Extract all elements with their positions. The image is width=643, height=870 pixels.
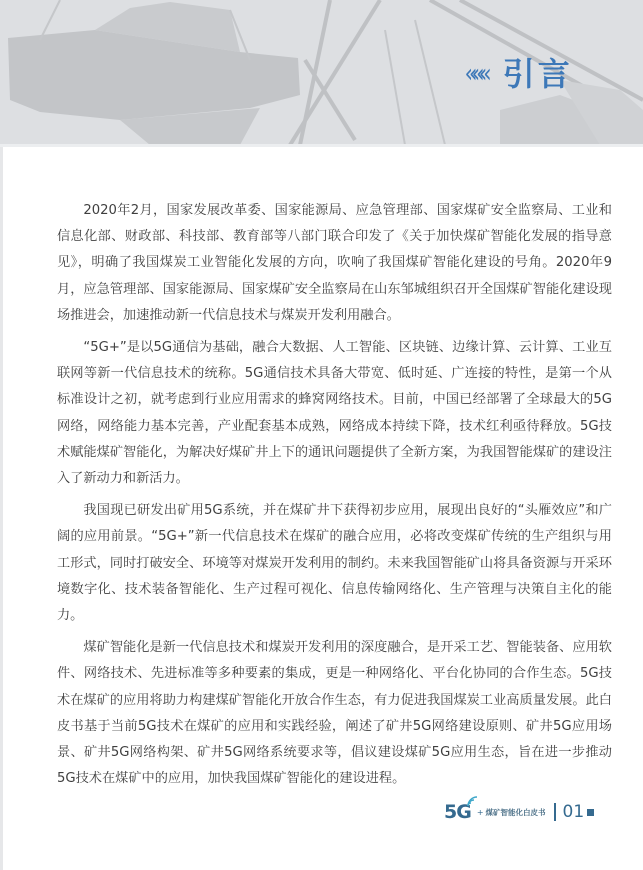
page-number: 01 [563, 804, 585, 821]
paragraph-mining-5g-system: 我国现已研发出矿用5G系统，并在煤矿井下获得初步应用，展现出良好的“头雁效应”和… [57, 498, 612, 629]
footer-divider [554, 803, 556, 821]
brand-5g-logo: 5G [444, 803, 471, 822]
brand-plus: + [477, 808, 484, 817]
section-title-text: 引言 [503, 58, 573, 90]
wifi-signal-icon [466, 794, 480, 808]
paragraph-5g-plus-definition: “5G+”是以5G通信为基础，融合大数据、人工智能、区块链、边缘计算、云计算、工… [57, 335, 612, 492]
paragraph-policy-background: 2020年2月，国家发展改革委、国家能源局、应急管理部、国家煤矿安全监察局、工业… [57, 198, 612, 329]
square-marker-icon [587, 809, 594, 816]
introduction-body: 2020年2月，国家发展改革委、国家能源局、应急管理部、国家煤矿安全监察局、工业… [57, 198, 612, 798]
brand-subtitle: 煤矿智能化白皮书 [486, 807, 546, 818]
paragraph-whitepaper-purpose: 煤矿智能化是新一代信息技术和煤炭开发利用的深度融合，是开采工艺、智能装备、应用软… [57, 635, 612, 792]
section-title: ««« 引言 [462, 58, 573, 90]
page-footer: 5G + 煤矿智能化白皮书 01 [444, 800, 594, 824]
banner-divider [0, 144, 643, 147]
header-banner: ««« 引言 [0, 0, 643, 145]
triple-chevron-left-icon: ««« [465, 61, 486, 87]
